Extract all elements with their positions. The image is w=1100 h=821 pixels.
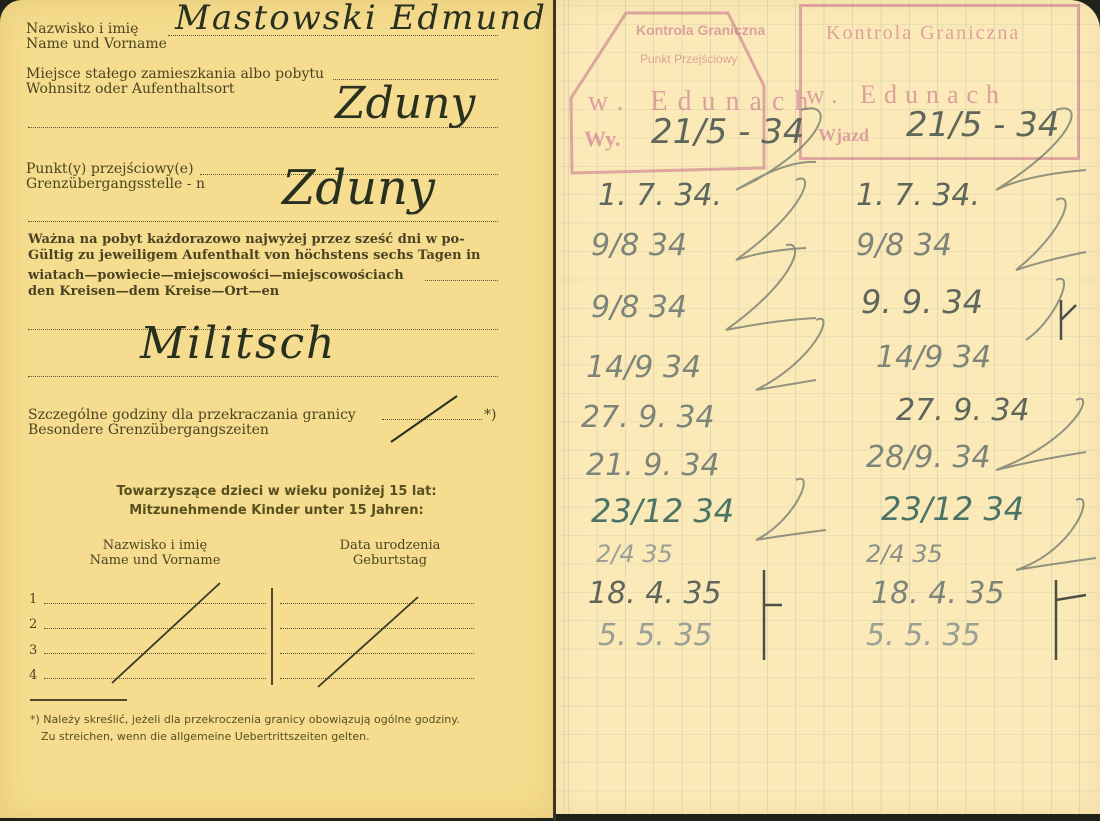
children-col2-pl: Data urodzenia [305,538,475,553]
children-col2-de: Geburtstag [305,553,475,568]
crossing-handwritten: Zduny [282,160,435,216]
crossing-label-pl: Punkt(y) przejściowy(e) [26,162,194,177]
child-row-number: 1 [29,592,37,607]
crossing-label-de: Grenzübergangsstelle - n [26,177,205,192]
residence-handwritten: Zduny [335,78,475,129]
hours-strike-mark [385,392,465,447]
hours-footnote-mark: *) [484,408,496,423]
name-handwritten: Mastowski Edmund [175,0,547,38]
children-strike-marks [100,575,500,695]
validity-dotted-line-3 [28,376,498,377]
child-row-number: 3 [29,643,37,658]
children-heading-de: Mitzunehmende Kinder unter 15 Jahren: [0,503,553,518]
right-page-stamps: Kontrola Graniczna Punkt Przejściowy w. … [556,0,1100,814]
footnote-pl: *) Należy skreślić, jeżeli dla przekrocz… [30,712,460,727]
crossing-dotted-line-2 [28,221,498,222]
validity-line-4: den Kreisen—dem Kreise—Ort—en [28,284,279,299]
stamp-1-line-1: Kontrola Graniczna [636,22,765,38]
residence-label-pl: Miejsce stałego zamieszkania albo pobytu [26,67,324,82]
validity-handwritten: Militsch [140,318,337,369]
validity-line-1: Ważna na pobyt każdorazowo najwyżej prze… [28,232,465,247]
children-col1-de: Name und Vorname [70,553,240,568]
children-col1-pl: Nazwisko i imię [70,538,240,553]
validity-dotted-line [425,280,498,281]
stamp-1-line-2: Punkt Przejściowy [640,52,737,66]
child-row-number: 4 [29,668,37,683]
officer-signatures [556,100,1100,660]
footnote-de: Zu streichen, wenn die allgemeine Uebert… [41,729,370,744]
hours-label-de: Besondere Grenzübergangszeiten [28,423,269,438]
validity-line-2: Gültig zu jeweiligem Aufenthalt von höch… [28,248,480,263]
left-page-form: Nazwisko i imię Name und Vorname Mastows… [0,0,553,818]
footnote-divider [30,699,127,701]
validity-line-3: wiatach—powiecie—miejscowości—miejscowoś… [28,268,404,283]
residence-label-de: Wohnsitz oder Aufenthaltsort [26,82,234,97]
stamp-2-line-1: Kontrola Graniczna [826,22,1020,45]
name-label-de: Name und Vorname [26,37,167,52]
hours-label-pl: Szczególne godziny dla przekraczania gra… [28,408,356,423]
child-row-number: 2 [29,617,37,632]
name-label-pl: Nazwisko i imię [26,22,138,37]
children-heading-pl: Towarzyszące dzieci w wieku poniżej 15 l… [0,484,553,499]
